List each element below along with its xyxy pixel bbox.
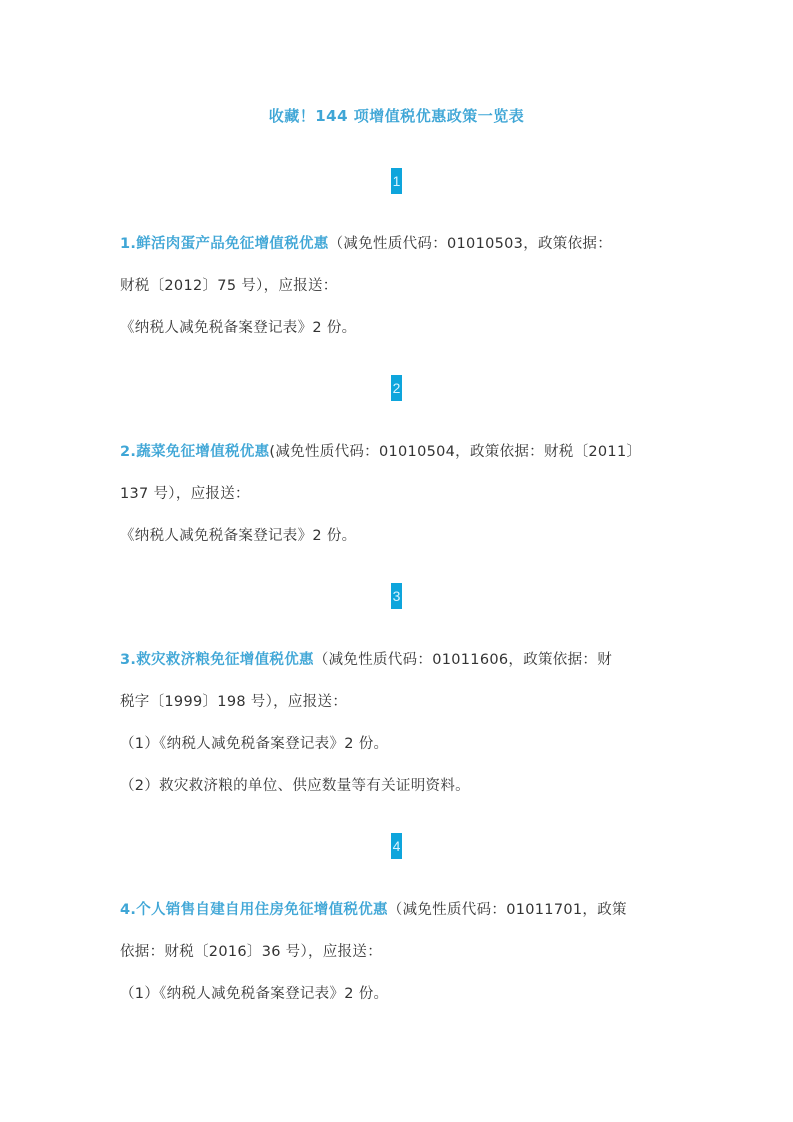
policy-code-text: （减免性质代码：01011606，政策依据：财 xyxy=(314,652,612,668)
policy-basis-text: 137 号），应报送： xyxy=(120,482,250,503)
policy-title: 2.蔬菜免征增值税优惠 xyxy=(120,444,269,460)
required-document-item: （1）《纳税人减免税备案登记表》2 份。 xyxy=(120,732,388,753)
policy-basis-text: 财税〔2012〕75 号），应报送： xyxy=(120,274,338,295)
required-document-item: （2）救灾救济粮的单位、供应数量等有关证明资料。 xyxy=(120,774,470,795)
section-number-badge: 2 xyxy=(391,375,402,401)
policy-basis-text: 税字〔1999〕198 号），应报送： xyxy=(120,690,347,711)
policy-title: 3.救灾救济粮免征增值税优惠 xyxy=(120,652,314,668)
document-title: 收藏！144 项增值税优惠政策一览表 xyxy=(0,105,793,126)
policy-title: 1.鲜活肉蛋产品免征增值税优惠 xyxy=(120,236,329,252)
section-heading-line: 2.蔬菜免征增值税优惠(减免性质代码：01010504，政策依据：财税〔2011… xyxy=(120,440,641,461)
section-heading-line: 1.鲜活肉蛋产品免征增值税优惠（减免性质代码：01010503，政策依据： xyxy=(120,232,612,253)
policy-code-text: （减免性质代码：01010503，政策依据： xyxy=(329,236,612,252)
policy-basis-text: 依据：财税〔2016〕36 号），应报送： xyxy=(120,940,382,961)
section-heading-line: 3.救灾救济粮免征增值税优惠（减免性质代码：01011606，政策依据：财 xyxy=(120,648,612,669)
section-heading-line: 4.个人销售自建自用住房免征增值税优惠（减免性质代码：01011701，政策 xyxy=(120,898,627,919)
section-number-badge: 1 xyxy=(391,168,402,194)
policy-title: 4.个人销售自建自用住房免征增值税优惠 xyxy=(120,902,388,918)
policy-code-text: (减免性质代码：01010504，政策依据：财税〔2011〕 xyxy=(269,444,641,460)
required-document-item: 《纳税人减免税备案登记表》2 份。 xyxy=(120,316,356,337)
required-document-item: 《纳税人减免税备案登记表》2 份。 xyxy=(120,524,356,545)
policy-code-text: （减免性质代码：01011701，政策 xyxy=(388,902,627,918)
required-document-item: （1）《纳税人减免税备案登记表》2 份。 xyxy=(120,982,388,1003)
section-number-badge: 4 xyxy=(391,833,402,859)
section-number-badge: 3 xyxy=(391,583,402,609)
